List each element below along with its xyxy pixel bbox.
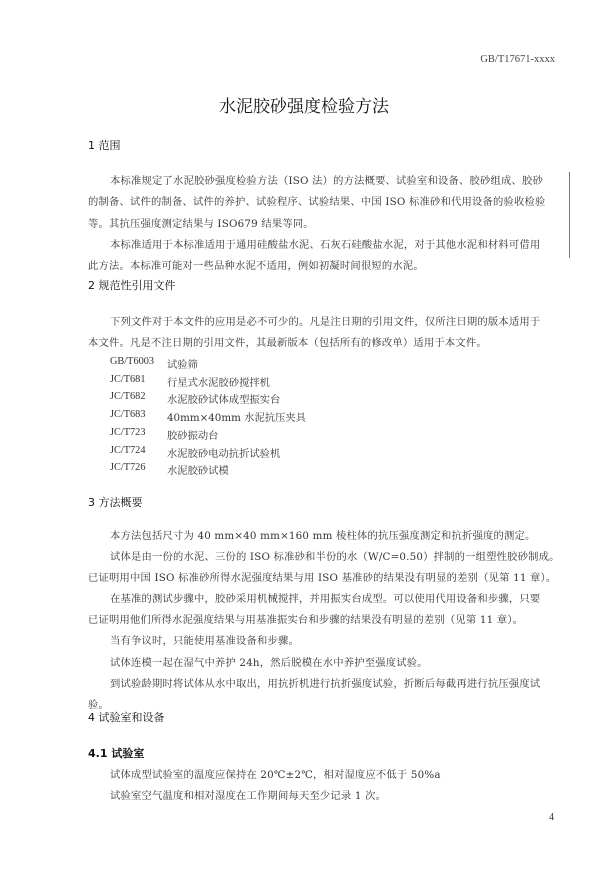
paragraph-line: 本文件。凡是不注日期的引用文件，其最新版本（包括所有的修改单）适用于本文件。 [88, 334, 487, 349]
paragraph-line: 的制备、试件的制备、试件的养护、试验程序、试验结果、中国 ISO 标准砂和代用设… [88, 193, 545, 208]
reference-title: 40mm×40mm 水泥抗压夹具 [167, 409, 306, 424]
section-heading-scope: 1 范围 [88, 137, 121, 153]
paragraph-line: 本标准规定了水泥胶砂强度检验方法（ISO 法）的方法概要、试验室和设备、胶砂组成… [110, 172, 543, 187]
reference-title: 行星式水泥胶砂搅拌机 [167, 374, 270, 389]
reference-code: JC/T681 [110, 374, 145, 385]
section-heading-laboratory-and-equipment: 4 试验室和设备 [88, 709, 165, 725]
reference-code: JC/T726 [110, 462, 145, 473]
reference-code: JC/T682 [110, 391, 145, 402]
section-heading-normative-references: 2 规范性引用文件 [88, 277, 176, 293]
subsection-heading-laboratory: 4.1 试验室 [88, 745, 144, 761]
paragraph-line: 本标准适用于本标准适用于通用硅酸盐水泥、石灰石硅酸盐水泥，对于其他水泥和材料可借… [110, 236, 540, 251]
paragraph-line: 已证明用中国 ISO 标准砂所得水泥强度结果与用 ISO 基准砂的结果没有明显的… [88, 569, 556, 584]
paragraph-line: 试体连模一起在湿气中养护 24h，然后脱模在水中养护至强度试验。 [110, 654, 428, 669]
paragraph-line: 当有争议时，只能使用基准设备和步骤。 [110, 632, 299, 647]
reference-title: 水泥胶砂试体成型振实台 [167, 391, 280, 406]
paragraph-line: 此方法。本标准可能对一些品种水泥不适用，例如初凝时间很短的水泥。 [88, 257, 424, 272]
reference-code: JC/T683 [110, 409, 145, 420]
paragraph-line: 到试验龄期时将试体从水中取出，用抗折机进行抗折强度试验，折断后每截再进行抗压强度… [110, 675, 540, 690]
paragraph-line: 等。其抗压强度测定结果与 ISO679 结果等同。 [88, 215, 314, 230]
paragraph-line: 下列文件对于本文件的应用是必不可少的。凡是注日期的引用文件，仅所注日期的版本适用… [110, 313, 540, 328]
section-heading-method-summary: 3 方法概要 [88, 494, 143, 510]
document-code: GB/T17671-xxxx [480, 54, 555, 65]
reference-title: 水泥胶砂电动抗折试验机 [167, 445, 280, 460]
reference-code: JC/T723 [110, 427, 145, 438]
paragraph-line: 已证明用他们所得水泥强度结果与用基准振实台和步骤的结果没有明显的差别（见第 11… [88, 611, 523, 626]
paragraph-line: 在基准的测试步骤中，胶砂采用机械搅拌，并用振实台成型。可以使用代用设备和步骤，只… [110, 590, 540, 605]
reference-title: 胶砂振动台 [167, 427, 218, 442]
paragraph-line: 试验室空气温度和相对湿度在工作期间每天至少记录 1 次。 [110, 787, 386, 802]
reference-title: 试验筛 [167, 356, 198, 371]
reference-code: GB/T6003 [110, 356, 154, 367]
page-title: 水泥胶砂强度检验方法 [0, 92, 608, 117]
reference-title: 水泥胶砂试模 [167, 462, 229, 477]
paragraph-line: 本方法包括尺寸为 40 mm×40 mm×160 mm 棱柱体的抗压强度测定和抗… [110, 527, 535, 542]
revision-change-bar [569, 172, 570, 258]
paragraph-line: 试体是由一份的水泥、三份的 ISO 标准砂和半份的水（W/C=0.50）拌制的一… [110, 548, 560, 563]
page-number: 4 [549, 812, 554, 823]
reference-code: JC/T724 [110, 445, 145, 456]
paragraph-line: 试体成型试验室的温度应保持在 20℃±2℃，相对湿度应不低于 50%a [110, 766, 441, 781]
